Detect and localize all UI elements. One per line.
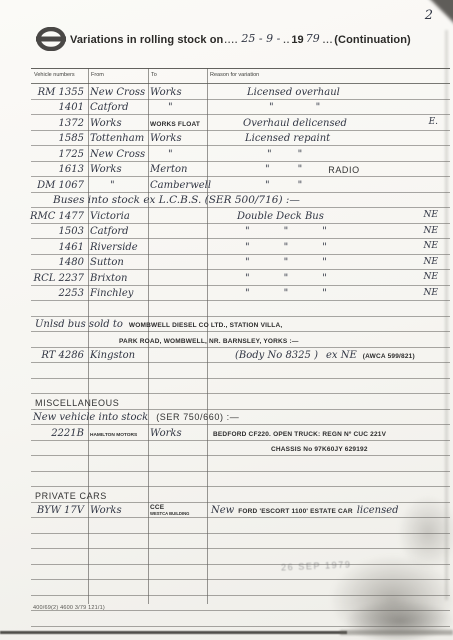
to-cell — [148, 224, 207, 239]
text-segment: Catford — [90, 102, 129, 113]
reason-cell: """ — [207, 270, 450, 285]
to-cell: WORKS FLOAT — [148, 115, 207, 130]
text-segment: WOMBWELL DIESEL CO LTD., STATION VILLA, — [129, 322, 282, 330]
text-segment: " — [322, 226, 327, 237]
table-row — [31, 363, 450, 379]
section-text: PARK ROAD, WOMBWELL, NR. BARNSLEY, YORKS… — [31, 338, 450, 347]
dotted-leader: .. — [283, 35, 290, 45]
text-segment: WESTCA BUILDING — [150, 512, 189, 517]
to-cell — [148, 348, 207, 363]
table-row: 2221BHAMILTON MOTORSWorksBEDFORD CF220. … — [31, 425, 450, 441]
text-segment: (AWCA 599/821) — [363, 353, 415, 361]
text-segment: " — [245, 242, 250, 253]
table-row: DM 1067"Camberwell"" — [31, 177, 450, 193]
from-cell: New Cross — [88, 84, 148, 99]
reason-cell: """ — [207, 255, 450, 270]
to-cell: Camberwell — [148, 177, 207, 192]
text-segment: PRIVATE CARS — [35, 491, 107, 501]
text-segment: 1401 — [59, 102, 84, 113]
text-segment: (SER 750/660) :— — [156, 412, 239, 422]
table-row — [31, 565, 450, 581]
text-segment: HAMILTON MOTORS — [90, 433, 137, 439]
table-body: RM 1355New CrossWorksLicensed overhaul14… — [31, 84, 450, 640]
vehicle-number-cell: 1480 — [31, 255, 88, 270]
dotted-leader: ... — [323, 35, 334, 45]
from-cell — [88, 441, 148, 456]
text-segment: New Cross — [90, 149, 145, 160]
table-row: RT 4286Kingston(Body No 8325 )ex NE(AWCA… — [31, 348, 450, 364]
from-cell: Works — [88, 162, 148, 177]
from-cell: Tottenham — [88, 131, 148, 146]
text-segment: New vehicle into stock — [33, 412, 148, 423]
text-segment: " — [245, 273, 250, 284]
text-segment: 1725 — [59, 149, 84, 160]
reason-cell: "" — [207, 177, 450, 192]
text-segment: Works — [150, 428, 182, 439]
section-text: PRIVATE CARS — [31, 491, 450, 502]
table-row — [31, 580, 450, 596]
text-segment: Works — [90, 164, 122, 175]
text-segment: RT 4286 — [41, 350, 84, 361]
text-segment: 2221B — [51, 428, 84, 439]
section-text: MISCELLANEOUS — [31, 398, 450, 409]
dotted-leader: .... — [224, 35, 238, 45]
from-cell: Works — [88, 503, 148, 518]
table-row: CHASSIS No 97K60JY 629192 — [31, 441, 450, 457]
text-segment: " — [284, 242, 289, 253]
text-segment: " — [265, 180, 270, 191]
reason-cell: ""RADIO — [207, 162, 450, 177]
text-segment: " — [245, 288, 250, 299]
text-segment: " — [284, 226, 289, 237]
to-cell: Works — [148, 425, 207, 440]
vehicle-number-cell: DM 1067 — [31, 177, 88, 192]
text-segment: 2253 — [59, 288, 84, 299]
reason-cell: "" — [207, 100, 450, 115]
margin-note: NE — [424, 226, 438, 236]
vehicle-number-cell: 1725 — [31, 146, 88, 161]
table-row: 1613WorksMerton""RADIO — [31, 162, 450, 178]
column-header-from: From — [88, 69, 148, 83]
text-segment: 1480 — [59, 257, 84, 268]
margin-note: NE — [424, 257, 438, 267]
text-segment: " — [322, 288, 327, 299]
column-header-reason: Reason for variation — [207, 69, 450, 83]
text-segment: 1585 — [59, 133, 84, 144]
vehicle-number-cell: BYW 17V — [31, 503, 88, 518]
table-row — [31, 596, 450, 612]
text-segment: Victoria — [90, 211, 130, 222]
from-cell: Sutton — [88, 255, 148, 270]
text-segment: " — [269, 102, 274, 113]
text-segment: MISCELLANEOUS — [35, 398, 119, 408]
reason-cell: (Body No 8325 )ex NE(AWCA 599/821) — [207, 348, 450, 363]
text-segment: Works — [150, 133, 182, 144]
vehicle-number-cell — [31, 441, 88, 456]
text-segment: New Cross — [90, 87, 145, 98]
to-cell — [148, 208, 207, 223]
text-segment: RM 1355 — [38, 87, 84, 98]
text-segment: " — [265, 164, 270, 175]
from-cell: " — [88, 177, 148, 192]
table-row — [31, 456, 450, 472]
section-row: PARK ROAD, WOMBWELL, NR. BARNSLEY, YORKS… — [31, 332, 450, 348]
vehicle-number-cell: 1585 — [31, 131, 88, 146]
from-cell: Finchley — [88, 286, 148, 301]
handwritten-date: 25 - 9 - — [241, 32, 280, 45]
table-row: 1503Catford"""NE — [31, 224, 450, 240]
table-row — [31, 611, 450, 627]
reason-cell: Overhaul delicensed — [207, 115, 450, 130]
table-header-row: Vehicle numbers From To Reason for varia… — [31, 68, 450, 84]
to-cell: Works — [148, 84, 207, 99]
text-segment: RCL 2237 — [34, 273, 84, 284]
from-cell: Kingston — [88, 348, 148, 363]
reason-cell: BEDFORD CF220. OPEN TRUCK: REGN Nº CUC 2… — [207, 425, 450, 440]
column-header-vehicle: Vehicle numbers — [31, 69, 88, 83]
to-cell: " — [148, 100, 207, 115]
text-segment: Kingston — [90, 350, 135, 361]
to-cell: Merton — [148, 162, 207, 177]
text-segment: " — [316, 102, 321, 113]
text-segment: ex NE — [326, 350, 357, 361]
text-segment: " — [298, 164, 303, 175]
text-segment: RMC 1477 — [30, 211, 84, 222]
text-segment: " — [298, 180, 303, 191]
text-segment: Works — [150, 87, 182, 98]
text-segment: Works — [90, 505, 122, 516]
section-text: Unlsd bus sold toWOMBWELL DIESEL CO LTD.… — [31, 319, 450, 331]
text-segment: " — [168, 149, 173, 160]
to-cell: CCEWESTCA BUILDING — [148, 503, 207, 518]
table-row — [31, 518, 450, 534]
vehicle-number-cell: RT 4286 — [31, 348, 88, 363]
table-row: BYW 17VWorksCCEWESTCA BUILDINGNewFORD 'E… — [31, 503, 450, 519]
reason-cell: Licensed repaint — [207, 131, 450, 146]
text-segment: Tottenham — [90, 133, 144, 144]
page-number: 2 — [425, 8, 433, 23]
table-row — [31, 627, 450, 640]
text-segment: PARK ROAD, WOMBWELL, NR. BARNSLEY, YORKS… — [119, 338, 299, 346]
text-segment: (Body No 8325 ) — [235, 350, 318, 361]
reason-cell: Licensed overhaul — [207, 84, 450, 99]
text-segment: " — [245, 257, 250, 268]
column-header-to: To — [148, 69, 207, 83]
text-segment: " — [168, 102, 173, 113]
text-segment: 1372 — [59, 118, 84, 129]
text-segment: Catford — [90, 226, 129, 237]
vehicle-number-cell: RMC 1477 — [31, 208, 88, 223]
text-segment: 1461 — [59, 242, 84, 253]
text-segment: " — [322, 273, 327, 284]
section-text: Buses into stock ex L.C.B.S. (SER 500/71… — [31, 195, 450, 207]
vehicle-number-cell: 2253 — [31, 286, 88, 301]
text-segment: 1503 — [59, 226, 84, 237]
title-text: Variations in rolling stock on — [70, 34, 223, 46]
table-row: 1401Catford""" — [31, 100, 450, 116]
text-segment: Unlsd bus sold to — [35, 319, 123, 330]
text-segment: licensed — [357, 505, 399, 516]
text-segment: BEDFORD CF220. OPEN TRUCK: REGN Nº CUC 2… — [213, 431, 386, 439]
from-cell: Brixton — [88, 270, 148, 285]
vehicle-number-cell: RCL 2237 — [31, 270, 88, 285]
text-segment: WORKS FLOAT — [150, 121, 200, 129]
margin-note: NE — [424, 210, 438, 220]
text-segment: Riverside — [90, 242, 138, 253]
reason-cell: """ — [207, 239, 450, 254]
text-segment: " — [322, 257, 327, 268]
vehicle-number-cell: RM 1355 — [31, 84, 88, 99]
text-segment: New — [211, 505, 234, 516]
section-row: New vehicle into stock(SER 750/660) :— — [31, 410, 450, 426]
margin-note: NE — [424, 288, 438, 298]
vehicle-number-cell: 1503 — [31, 224, 88, 239]
table-row — [31, 534, 450, 550]
text-segment: " — [245, 226, 250, 237]
text-segment: FORD 'ESCORT 1100' ESTATE CAR — [238, 508, 352, 516]
scanned-form-page: 26 SEP 1979 2 Variations in rolling stoc… — [0, 0, 453, 640]
table-row: 1725New Cross""" — [31, 146, 450, 162]
margin-note: NE — [424, 241, 438, 251]
text-segment: Licensed repaint — [245, 133, 330, 144]
reason-cell: CHASSIS No 97K60JY 629192 — [207, 441, 450, 456]
to-cell — [148, 239, 207, 254]
london-transport-roundel-icon — [36, 27, 66, 51]
text-segment: Licensed overhaul — [247, 87, 340, 98]
text-segment: " — [298, 149, 303, 160]
handwritten-year: 79 — [306, 32, 320, 45]
from-cell: HAMILTON MOTORS — [88, 425, 148, 440]
from-cell: Catford — [88, 100, 148, 115]
vehicle-number-cell: 1461 — [31, 239, 88, 254]
continuation-label: (Continuation) — [334, 34, 411, 46]
text-segment: 1613 — [59, 164, 84, 175]
from-cell: Victoria — [88, 208, 148, 223]
text-segment: " — [284, 288, 289, 299]
vehicle-number-cell: 1401 — [31, 100, 88, 115]
reason-cell: """ — [207, 286, 450, 301]
text-segment: Merton — [150, 164, 187, 175]
text-segment: " — [267, 149, 272, 160]
text-segment: Sutton — [90, 257, 124, 268]
rolling-stock-table: Vehicle numbers From To Reason for varia… — [31, 68, 450, 640]
margin-note: NE — [424, 272, 438, 282]
table-row: RM 1355New CrossWorksLicensed overhaul — [31, 84, 450, 100]
section-row: MISCELLANEOUS — [31, 394, 450, 410]
to-cell: " — [148, 146, 207, 161]
section-row: Buses into stock ex L.C.B.S. (SER 500/71… — [31, 193, 450, 209]
table-row — [31, 379, 450, 395]
table-row: 1372WorksWORKS FLOATOverhaul delicensedE… — [31, 115, 450, 131]
table-row: 2253Finchley"""NE — [31, 286, 450, 302]
text-segment: Works — [90, 118, 122, 129]
section-row: PRIVATE CARS — [31, 487, 450, 503]
section-text: New vehicle into stock(SER 750/660) :— — [31, 412, 450, 424]
to-cell — [148, 270, 207, 285]
table-row: RMC 1477VictoriaDouble Deck BusNE — [31, 208, 450, 224]
table-row — [31, 472, 450, 488]
text-segment: DM 1067 — [37, 180, 84, 191]
from-cell: Works — [88, 115, 148, 130]
to-cell — [148, 255, 207, 270]
text-segment: Brixton — [90, 273, 127, 284]
text-segment: CHASSIS No 97K60JY 629192 — [271, 446, 368, 454]
text-segment: " — [284, 273, 289, 284]
table-row: 1585TottenhamWorksLicensed repaint — [31, 131, 450, 147]
from-cell: New Cross — [88, 146, 148, 161]
reason-cell: Double Deck Bus — [207, 208, 450, 223]
table-row: 1480Sutton"""NE — [31, 255, 450, 271]
from-cell: Catford — [88, 224, 148, 239]
table-row: RCL 2237Brixton"""NE — [31, 270, 450, 286]
margin-note: E. — [429, 117, 438, 127]
section-row: Unlsd bus sold toWOMBWELL DIESEL CO LTD.… — [31, 317, 450, 333]
to-cell — [148, 441, 207, 456]
vehicle-number-cell: 1372 — [31, 115, 88, 130]
text-segment: " — [284, 257, 289, 268]
vehicle-number-cell: 2221B — [31, 425, 88, 440]
table-row: 1461Riverside"""NE — [31, 239, 450, 255]
reason-cell: """ — [207, 224, 450, 239]
table-row — [31, 301, 450, 317]
text-segment: Buses into stock ex L.C.B.S. (SER 500/71… — [53, 195, 300, 206]
text-segment: Double Deck Bus — [237, 211, 324, 222]
text-segment: " — [110, 180, 115, 191]
text-segment: " — [322, 242, 327, 253]
text-segment: BYW 17V — [37, 505, 84, 516]
table-row — [31, 549, 450, 565]
text-segment: Finchley — [90, 288, 133, 299]
form-title: Variations in rolling stock on .... 25 -… — [70, 33, 449, 46]
printed-year-prefix: 19 — [291, 34, 303, 46]
to-cell: Works — [148, 131, 207, 146]
text-segment: RADIO — [328, 165, 360, 175]
to-cell — [148, 286, 207, 301]
vehicle-number-cell: 1613 — [31, 162, 88, 177]
text-segment: Overhaul delicensed — [243, 118, 347, 129]
reason-cell: "" — [207, 146, 450, 161]
reason-cell: NewFORD 'ESCORT 1100' ESTATE CARlicensed — [207, 503, 450, 518]
from-cell: Riverside — [88, 239, 148, 254]
text-segment: Camberwell — [150, 180, 211, 191]
